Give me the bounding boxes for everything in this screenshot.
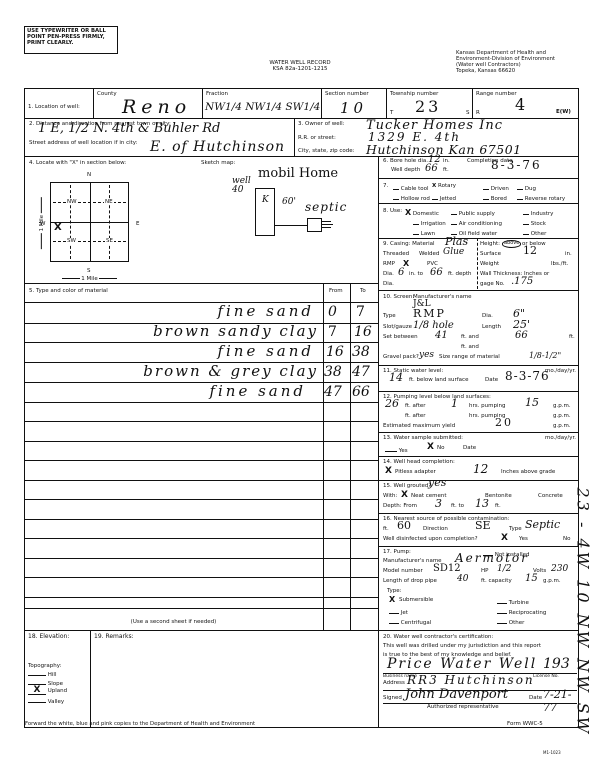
screen-ft-and: ft. and (461, 334, 479, 340)
pump-submersible-mark[interactable]: X (389, 595, 395, 604)
pump-volts-value[interactable]: 230 (551, 564, 568, 574)
forward-instruction: Forward the white, blue and pink copies … (25, 721, 255, 727)
grout-value[interactable]: yes (428, 477, 446, 490)
license-number-value[interactable]: 193 (543, 656, 570, 672)
street-address-value[interactable]: E. of Hutchinson (150, 139, 285, 155)
mile-horizontal-label: 1 Mile (81, 276, 97, 282)
bentonite-label: Bentonite (485, 493, 512, 499)
screen-set-to[interactable]: 66 (515, 330, 528, 342)
method-jetted[interactable]: Jetted (440, 196, 456, 202)
method-rotary[interactable]: Rotary (438, 183, 456, 189)
disinfected-label: Well disinfected upon completion? (383, 536, 478, 542)
gravel-size-value[interactable]: 1/8-1/2" (529, 351, 561, 360)
screen-type-value[interactable]: RMP (413, 308, 446, 321)
certification-block: 20. Water well contractor's certificatio… (383, 634, 577, 710)
material-desc[interactable]: brown & grey clay (143, 362, 318, 380)
wellhead-label: 14. Well head completion: (383, 459, 455, 465)
pumping-after-label: ft. after (405, 403, 426, 409)
casing-rmp-label: RMP (383, 261, 395, 267)
sketch-home-label: mobil Home (258, 166, 338, 181)
sketch-distance-note: 60' (282, 197, 296, 207)
remarks-field[interactable] (92, 644, 376, 726)
contam-type-label: Type (509, 526, 522, 532)
form-statute: KSA 82a-1201-1215 (250, 66, 350, 72)
south-label: S (87, 268, 91, 274)
casing-dia-value[interactable]: 6 (398, 267, 404, 279)
pump-centrifugal[interactable]: Centrifugal (401, 620, 431, 626)
material-from[interactable]: 47 (324, 384, 342, 400)
screen-label: 10. Screen: (383, 294, 414, 300)
sketch-well-note: well 40 (232, 177, 254, 195)
address-value[interactable]: RR3 Hutchinson (407, 674, 535, 688)
range-label: Range number (476, 91, 517, 97)
material-desc[interactable]: fine sand (217, 342, 314, 360)
grout-block: 15. Well grouted? yes With: X Neat cemen… (383, 483, 577, 513)
method-reverse-rotary[interactable]: Reverse rotary (525, 196, 565, 202)
well-depth-value[interactable]: 66 (425, 163, 438, 175)
locate-label: 4. Locate with "X" in section below: (29, 160, 126, 166)
screen-set-label: Set between (383, 334, 418, 340)
use-air-conditioning[interactable]: Air conditioning (459, 221, 502, 227)
use-public-supply[interactable]: Public supply (459, 211, 495, 217)
sample-no[interactable]: No (437, 445, 444, 451)
sample-yes[interactable]: Yes (399, 448, 408, 454)
bore-dia-label: 6. Bore hole dia. (383, 158, 428, 164)
wellhead-block: 14. Well head completion: X Pitless adap… (383, 459, 577, 479)
pump-jet[interactable]: Jet (401, 610, 408, 616)
sample-date-label: Date (463, 445, 476, 451)
material-row: fine sand 16 38 (24, 343, 378, 363)
material-to[interactable]: 16 (354, 324, 372, 340)
casing-above-circled[interactable]: above (502, 240, 521, 248)
owner-label: 3. Owner of well: (298, 121, 345, 127)
static-date-value[interactable]: 8-3-76 (505, 370, 550, 384)
use-domestic-mark[interactable]: X (405, 208, 411, 217)
use-other[interactable]: Other (531, 231, 547, 237)
material-to-header: To (360, 288, 366, 294)
casing-threaded-label: Threaded (383, 251, 409, 257)
township-suffix: S (466, 110, 470, 116)
grout-ft-unit: ft. (495, 503, 501, 509)
contam-type-value[interactable]: Septic (525, 519, 560, 532)
mile-horizontal: 1 Mile (50, 276, 129, 282)
screen-ft-unit: ft. (569, 334, 575, 340)
grout-ft-to: ft. to (451, 503, 464, 509)
pumping-hours-value[interactable]: 1 (451, 398, 458, 411)
street-address-label: Street address of well location if in ci… (29, 140, 138, 146)
mile-vertical: 1 Mile (39, 193, 45, 253)
license-label: License No. (533, 674, 559, 679)
cert-date-label: Date (529, 695, 542, 701)
section-value[interactable]: 10 (340, 99, 367, 117)
water-sample-block: 13. Water sample submitted: mo./day/yr. … (383, 435, 577, 455)
screen-ft-and-2: ft. and (461, 344, 479, 350)
casing-weight-unit: lbs./ft. (551, 261, 568, 267)
material-from[interactable]: 38 (324, 364, 342, 380)
static-below-label: ft. below land surface (409, 377, 468, 383)
casing-material-label: 9. Casing: Material (383, 241, 435, 247)
pump-hp-value[interactable]: 1/2 (497, 564, 511, 574)
casing-weight-label: Weight (480, 261, 499, 267)
disinfected-yes-mark[interactable]: X (501, 533, 508, 543)
pumping-level-value[interactable]: 26 (385, 398, 399, 411)
casing-block: 9. Casing: Material Plas Height: above o… (383, 241, 577, 291)
elevation-label: 18. Elevation: (28, 634, 88, 641)
grout-label: 15. Well grouted? (383, 483, 431, 489)
septic-tank-sketch (307, 218, 322, 232)
quadrant-sw: SW (66, 238, 77, 244)
township-value[interactable]: 23 (415, 97, 441, 116)
pumping-hrs-label: hrs. pumping (469, 403, 505, 409)
business-name-value[interactable]: Price Water Well (387, 656, 537, 672)
material-to[interactable]: 66 (352, 384, 370, 400)
form-title: WATER WELL RECORD KSA 82a-1201-1215 (250, 60, 350, 73)
max-yield-value[interactable]: 20 (495, 417, 513, 430)
casing-welded-label: Welded (419, 251, 439, 257)
use-stock[interactable]: Stock (531, 221, 546, 227)
section-grid[interactable]: NW NE SW SE X (50, 182, 129, 262)
material-from[interactable]: 16 (326, 344, 344, 360)
completion-date[interactable]: 8-3-76 (491, 159, 542, 173)
pumping-gpm-value[interactable]: 15 (525, 397, 539, 410)
topo-upland[interactable]: Upland (48, 688, 67, 694)
material-desc[interactable]: fine sand (209, 382, 306, 400)
screen-dia-label: Dia. (482, 313, 493, 319)
use-lawn[interactable]: Lawn (421, 231, 435, 237)
instruction-notice: USE TYPEWRITER OR BALL POINT PEN-PRESS F… (24, 26, 118, 54)
pumping-after-label-2: ft. after (405, 413, 426, 419)
range-prefix: R (476, 110, 480, 116)
agency-block: Kansas Department of Health and Environm… (456, 50, 596, 74)
certification-label: 20. Water well contractor's certificatio… (383, 634, 577, 643)
owner-street-label: R.R. or street: (298, 135, 336, 141)
gravel-pack-value[interactable]: yes (419, 350, 434, 360)
casing-height-label: Height: (480, 241, 500, 247)
location-label: 1. Location of well: (28, 104, 80, 110)
water-sample-label: 13. Water sample submitted: (383, 435, 463, 441)
gravel-size-label: Size range of material (439, 354, 500, 360)
grout-from-value[interactable]: 3 (435, 498, 442, 511)
distance-value[interactable]: 1 E, 1/2 N. 4th & Buhler Rd (34, 121, 220, 136)
material-row: fine sand 47 66 (24, 383, 378, 403)
topo-upland-mark[interactable]: X (28, 687, 46, 695)
pump-other[interactable]: Other (509, 620, 525, 626)
concrete-label: Concrete (538, 493, 563, 499)
screen-block: 10. Screen: Manufacturer's name J&L Type… (383, 294, 577, 364)
casing-surface-value[interactable]: 12 (523, 245, 537, 258)
elevation-block: 18. Elevation: Topography: Hill Slope X … (28, 634, 88, 705)
sketch-septic-label: septic (305, 200, 347, 214)
casing-dia-label: Dia. (383, 271, 394, 277)
static-level-value[interactable]: 14 (389, 372, 403, 385)
pump-label: 17. Pump: (383, 549, 411, 555)
contamination-block: 16. Nearest source of possible contamina… (383, 516, 577, 546)
static-date-label: Date (485, 377, 498, 383)
grout-with-label: With: (383, 493, 397, 499)
county-label: County (97, 91, 117, 97)
pump-block: 17. Pump: Not installed Manufacturer's n… (383, 549, 577, 627)
disinfected-yes[interactable]: Yes (519, 536, 528, 542)
disinfected-no[interactable]: No (563, 536, 570, 542)
owner-city[interactable]: Hutchinson Kan 67501 (366, 142, 522, 157)
method-num: 7. (383, 183, 388, 189)
pitless-mark[interactable]: X (385, 466, 392, 476)
contam-ft-label: ft. (383, 526, 389, 532)
location-mark[interactable]: X (54, 222, 62, 233)
material-from[interactable]: 7 (328, 324, 337, 340)
method-dug[interactable]: Dug (525, 186, 536, 192)
east-label: E (136, 221, 139, 227)
agency-line-4: Topeka, Kansas 66620 (456, 68, 596, 74)
pumping-level-block: 12. Pumping level below land surfaces: 2… (383, 394, 577, 433)
pump-mfr-value[interactable]: Aermotor (455, 552, 529, 566)
drop-pipe-value[interactable]: 40 (457, 574, 468, 584)
max-yield-unit: g.p.m. (553, 423, 571, 429)
cert-date-value[interactable]: 7-21-77 (543, 689, 577, 714)
pump-submersible[interactable]: Submersible (399, 597, 433, 603)
material-from-header: From (329, 288, 343, 294)
max-yield-label: Estimated maximum yield (383, 423, 455, 429)
topo-valley[interactable]: Valley (48, 699, 64, 705)
gravel-pack-label: Gravel pack? (383, 354, 419, 360)
notice-line-3: PRINT CLEARLY. (27, 40, 115, 46)
township-prefix: T (390, 110, 393, 116)
material-row: fine sand 0 7 (24, 303, 378, 323)
range-suffix: E(W) (556, 109, 571, 115)
remarks-label: 19. Remarks: (94, 634, 134, 641)
bore-block: 6. Bore hole dia. 12 in. Completion date… (383, 158, 577, 177)
casing-in-to: in. to (409, 271, 423, 277)
signature-value[interactable]: John Davenport (405, 688, 508, 703)
casing-dia2-label: Dia. (383, 281, 394, 287)
material-row: brown sandy clay 7 16 (24, 323, 378, 343)
contam-ft-value[interactable]: 60 (397, 520, 411, 533)
form-number: Form WWC-5 (507, 721, 543, 727)
static-level-block: 11. Static water level: mo./day/yr. 14 f… (383, 368, 577, 388)
wellhead-inches-value[interactable]: 12 (473, 463, 488, 477)
use-label: 8. Use: (383, 208, 402, 214)
use-domestic[interactable]: Domestic (413, 211, 439, 217)
mile-vertical-label: 1 Mile (39, 215, 45, 231)
well-depth-label: Well depth (391, 167, 420, 173)
material-row: brown & grey clay 38 47 (24, 363, 378, 383)
contam-direction-value[interactable]: SE (475, 520, 491, 533)
pump-capacity-value[interactable]: 15 (525, 573, 538, 585)
pumping-level-label: 12. Pumping level below land surfaces: (383, 394, 491, 400)
screen-set-from[interactable]: 41 (435, 330, 448, 342)
screen-type-label: Type (383, 313, 396, 319)
fraction-label: Fraction (206, 91, 228, 97)
material-from[interactable]: 0 (328, 304, 337, 320)
form-code: M1-1023 (543, 751, 561, 756)
address-label: Address (383, 680, 405, 686)
owner-city-label: City, state, zip code: (298, 148, 354, 154)
pumping-gpm-unit-2: g.p.m. (553, 413, 571, 419)
grout-to-value[interactable]: 13 (475, 498, 489, 511)
screen-slot-label: Slot/gauze (383, 324, 412, 330)
certification-line-1: This well was drilled under my jurisdict… (383, 643, 577, 652)
use-industry[interactable]: Industry (531, 211, 554, 217)
signed-label: Signed (383, 695, 402, 701)
pump-hp-label: HP (481, 568, 488, 574)
use-irrigation[interactable]: Irrigation (421, 221, 446, 227)
sample-no-mark[interactable]: X (427, 442, 434, 452)
screen-length-label: Length (482, 324, 501, 330)
drilling-method: 7. Cable tool X Rotary Driven Dug Hollow… (383, 183, 577, 203)
wellhead-above-label: Inches above grade (501, 469, 555, 475)
material-to[interactable]: 38 (352, 344, 370, 360)
casing-ft-depth: ft. depth (448, 271, 472, 277)
neat-cement-mark[interactable]: X (401, 490, 408, 500)
casing-gage-value[interactable]: .175 (511, 276, 533, 288)
fraction-value[interactable]: NW1/4 NW1/4 SW1/4 (205, 101, 320, 113)
sketch-arrow-mark: K (262, 195, 269, 205)
method-driven[interactable]: Driven (491, 186, 509, 192)
pump-turbine[interactable]: Turbine (509, 600, 529, 606)
sample-date-format: mo./day/yr. (545, 435, 576, 441)
method-bored[interactable]: Bored (491, 196, 507, 202)
grout-depth-label: Depth: From (383, 503, 417, 509)
casing-welded-value[interactable]: Glue (443, 247, 464, 257)
pumping-gpm-unit: g.p.m. (553, 403, 571, 409)
quadrant-se: SE (105, 238, 114, 244)
well-depth-unit: ft. (443, 167, 449, 173)
bore-dia-unit: in. (443, 158, 450, 164)
material-label: 5. Type and color of material (29, 288, 108, 294)
contam-direction-label: Direction (423, 526, 448, 532)
material-to[interactable]: 47 (352, 364, 370, 380)
quadrant-nw: NW (66, 199, 78, 205)
material-desc[interactable]: fine sand (217, 302, 314, 320)
pump-types-label: Type: (383, 588, 402, 594)
casing-gage-label: gage No. (480, 281, 505, 287)
sketch-label: Sketch map: (201, 160, 235, 166)
method-hollow-rod[interactable]: Hollow rod (401, 196, 430, 202)
material-to[interactable]: 7 (356, 304, 365, 320)
county-value[interactable]: Reno (122, 96, 191, 118)
material-desc[interactable]: brown sandy clay (153, 322, 318, 340)
section-label: Section number (325, 91, 369, 97)
north-label: N (87, 172, 91, 178)
method-cable-tool[interactable]: Cable tool (401, 186, 429, 192)
method-rotary-mark[interactable]: X (432, 183, 436, 189)
margin-handwritten-note: 23 - 4W 10 NW NW SW (574, 488, 593, 698)
pump-reciprocating[interactable]: Reciprocating (509, 610, 547, 616)
casing-surface-label: Surface (480, 251, 501, 257)
drop-pipe-label: Length of drop pipe (383, 578, 437, 584)
pump-model-value[interactable]: SD12 (433, 563, 461, 575)
pump-capacity-label: ft. capacity (481, 578, 512, 584)
pitless-label: Pitless adapter (395, 469, 436, 475)
material-footer-note: (Use a second sheet if needed) (24, 619, 323, 625)
casing-to-value[interactable]: 66 (430, 267, 443, 279)
quadrant-ne: NE (104, 199, 114, 205)
well-use: 8. Use: X Domestic Public supply Industr… (383, 208, 577, 238)
pump-gpm-unit: g.p.m. (543, 578, 561, 584)
range-value[interactable]: 4 (515, 95, 525, 114)
pump-model-label: Model number (383, 568, 423, 574)
casing-surface-unit: in. (565, 251, 572, 257)
